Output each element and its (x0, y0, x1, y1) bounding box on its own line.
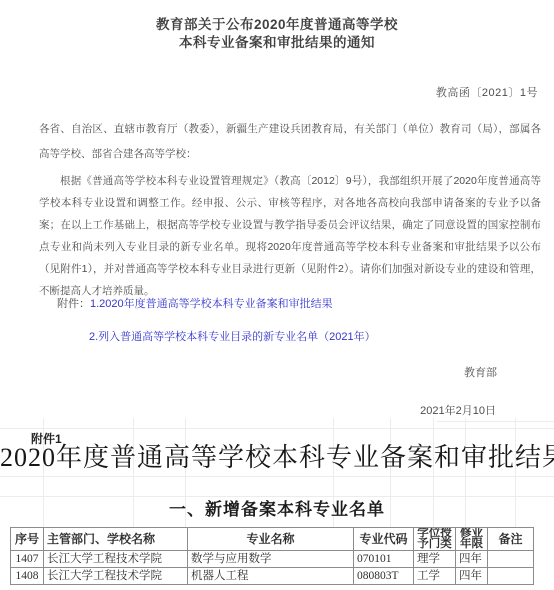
col-header-degree: 学位授予门类 (414, 528, 456, 551)
col-header-seq: 序号 (11, 528, 44, 551)
issuer-name: 教育部 (464, 364, 497, 380)
notice-title-line2: 本科专业备案和审批结果的通知 (0, 34, 554, 52)
col-header-major: 专业名称 (188, 528, 354, 551)
notice-title: 教育部关于公布2020年度普通高等学校 本科专业备案和审批结果的通知 (0, 16, 554, 52)
col-header-note: 备注 (488, 528, 534, 551)
col-header-school: 主管部门、学校名称 (44, 528, 188, 551)
attachment1-title: 2020年度普通高等学校本科专业备案和审批结果 (0, 443, 533, 473)
table-row: 1407 长江大学工程技术学院 数学与应用数学 070101 理学 四年 (11, 551, 534, 568)
attachment-line-1: 附件：1.2020年度普通高等学校本科专业备案和审批结果 (57, 295, 333, 311)
col-header-code: 专业代码 (354, 528, 414, 551)
attachments-label: 附件： (57, 298, 90, 310)
spreadsheet-area: 附件1 2020年度普通高等学校本科专业备案和审批结果 一、新增备案本科专业名单… (0, 418, 554, 590)
attachment-link-1[interactable]: 1.2020年度普通高等学校本科专业备案和审批结果 (90, 298, 333, 310)
cell-degree: 理学 (414, 551, 456, 568)
cell-degree: 工学 (414, 568, 456, 585)
doc-number: 教高函〔2021〕1号 (436, 84, 538, 100)
cell-note (488, 568, 534, 585)
attachment-line-2: 2.列入普通高等学校本科专业目录的新专业名单（2021年） (89, 328, 376, 344)
cell-seq: 1408 (11, 568, 44, 585)
cell-code: 080803T (354, 568, 414, 585)
cell-years: 四年 (456, 568, 488, 585)
cell-major: 数学与应用数学 (188, 551, 354, 568)
cell-code: 070101 (354, 551, 414, 568)
grid-line (0, 476, 554, 477)
grid-line (0, 428, 554, 429)
table-row: 1408 长江大学工程技术学院 机器人工程 080803T 工学 四年 (11, 568, 534, 585)
notice-body: 根据《普通高等学校本科专业设置管理规定》（教高〔2012〕9号），我部组织开展了… (39, 170, 541, 302)
notice-title-line1: 教育部关于公布2020年度普通高等学校 (0, 16, 554, 34)
cell-school: 长江大学工程技术学院 (44, 551, 188, 568)
grid-line (437, 421, 554, 422)
col-header-years: 修业年限 (456, 528, 488, 551)
table-header-row: 序号 主管部门、学校名称 专业名称 专业代码 学位授予门类 修业年限 备注 (11, 528, 534, 551)
issue-date: 2021年2月10日 (420, 402, 496, 418)
cell-seq: 1407 (11, 551, 44, 568)
program-table: 序号 主管部门、学校名称 专业名称 专业代码 学位授予门类 修业年限 备注 14… (10, 527, 534, 585)
attachment-link-2[interactable]: 2.列入普通高等学校本科专业目录的新专业名单（2021年） (89, 331, 376, 343)
cell-note (488, 551, 534, 568)
salutation: 各省、自治区、直辖市教育厅（教委），新疆生产建设兵团教育局，有关部门（单位）教育… (39, 117, 541, 167)
grid-line (0, 496, 554, 497)
section-heading: 一、新增备案本科专业名单 (0, 499, 554, 521)
document-page: 教育部关于公布2020年度普通高等学校 本科专业备案和审批结果的通知 教高函〔2… (0, 0, 554, 590)
cell-years: 四年 (456, 551, 488, 568)
cell-school: 长江大学工程技术学院 (44, 568, 188, 585)
cell-major: 机器人工程 (188, 568, 354, 585)
